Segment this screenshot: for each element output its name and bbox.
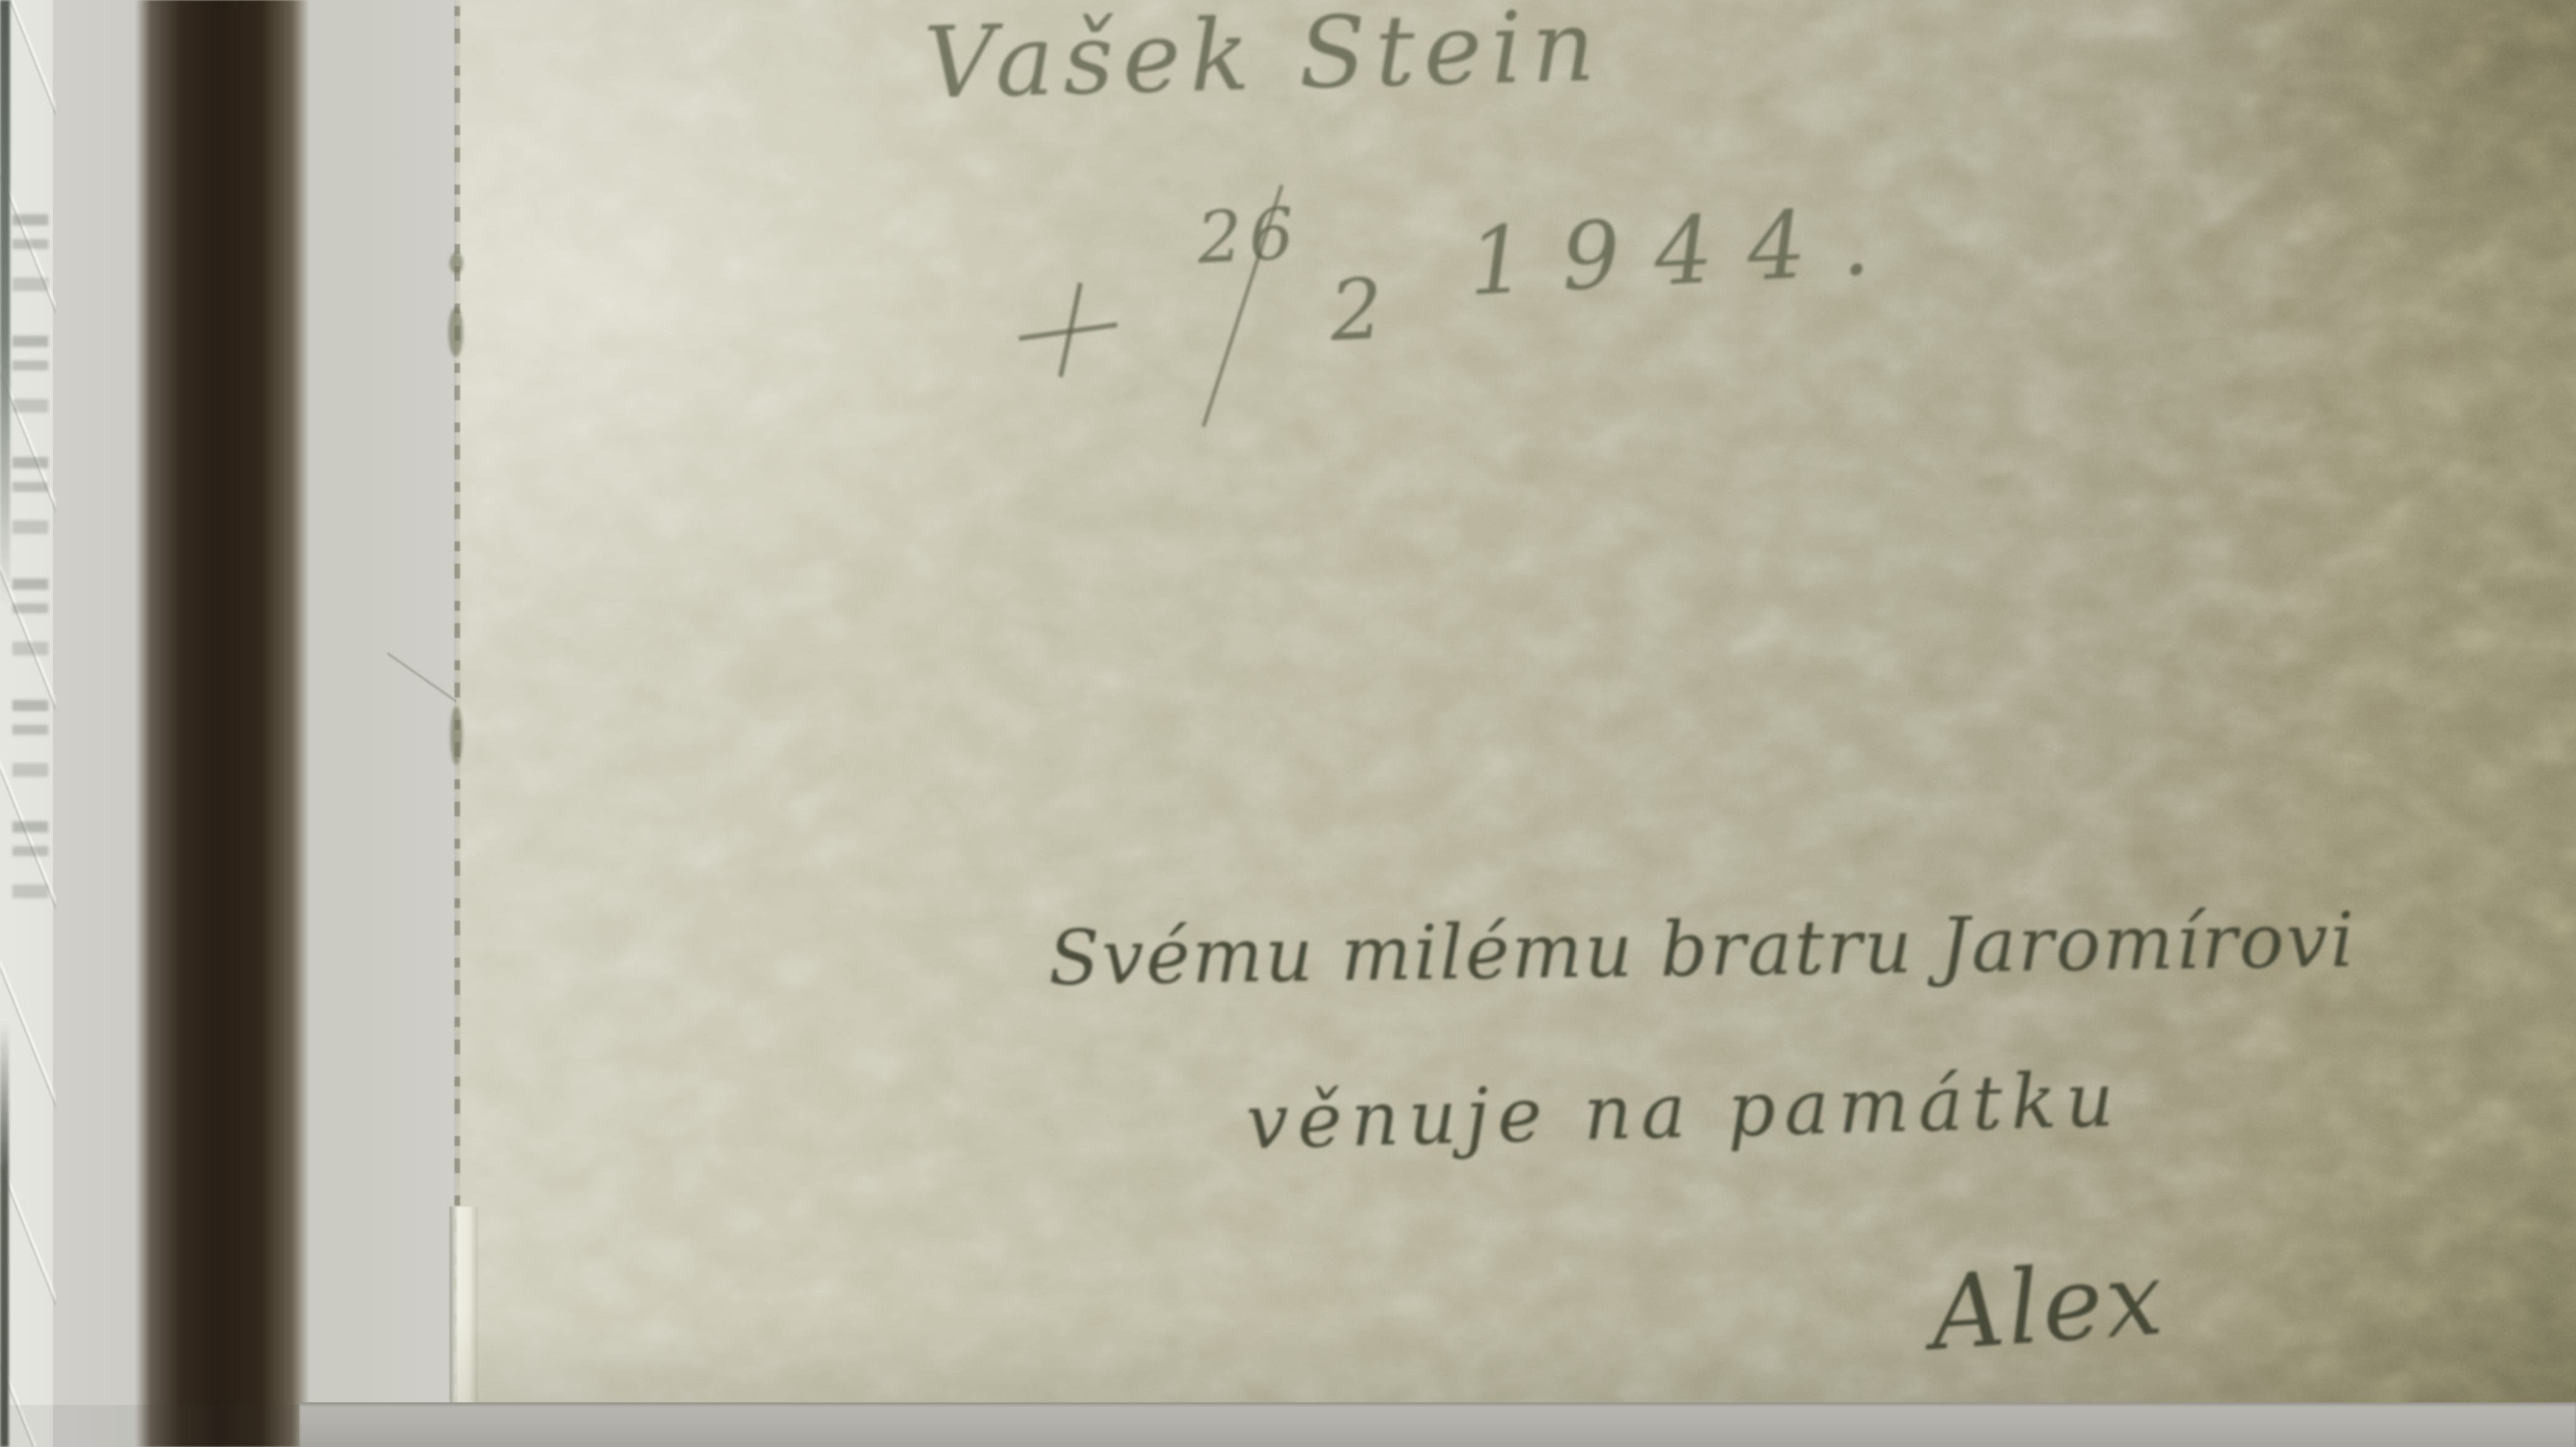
image-left-edge-shadow-top: [0, 0, 10, 607]
paper-tear-nub: [450, 706, 463, 765]
paper-tear-nub: [448, 307, 463, 357]
dark-spine-band: [135, 0, 310, 1447]
dedication-line-1: Svému milému bratru Jaromírovi: [1048, 903, 2356, 995]
dedication-line-2: věnuje na památku: [1245, 1061, 2124, 1160]
death-date-inscription: + 26 / 2 1944.: [1009, 155, 1952, 489]
date-day: 26: [1195, 198, 1302, 275]
image-left-edge-shadow-bottom: [0, 1022, 9, 1447]
owner-name-inscription: Vašek Stein: [923, 0, 1604, 113]
bottom-page-beneath-left: [9, 1405, 300, 1447]
death-cross-symbol: +: [1014, 279, 1124, 384]
date-year: 1944.: [1466, 194, 1906, 310]
page-bottom-shadow: [456, 1313, 2576, 1406]
date-month: 2: [1328, 267, 1385, 353]
book-endpaper-photo: Vašek Stein + 26 / 2 1944. Svému milému …: [0, 0, 2576, 1447]
spine-stamp-illegible: [12, 198, 48, 929]
bottom-page-beneath: [299, 1402, 2576, 1447]
paper-tear-nub: [450, 253, 463, 274]
dedication-signature: Alex: [1928, 1247, 2169, 1365]
